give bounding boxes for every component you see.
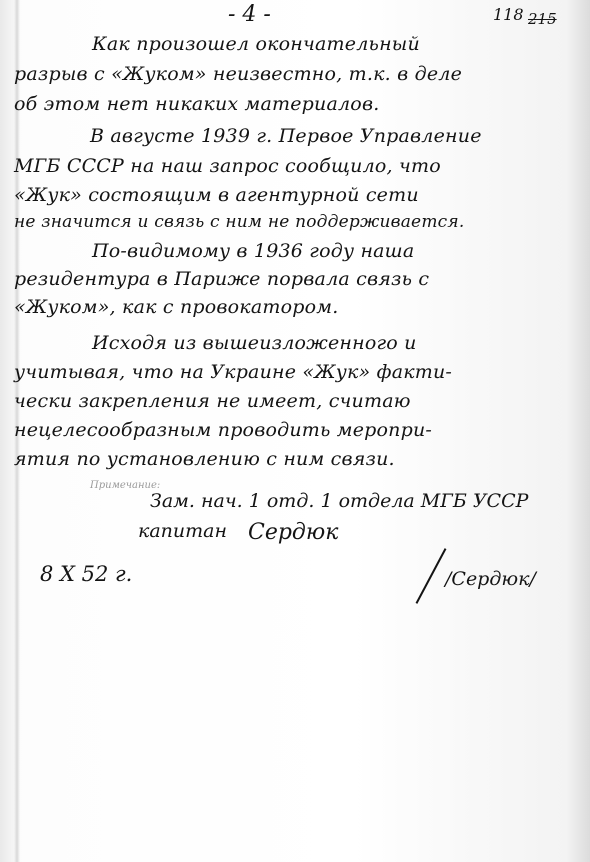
text-line: МГБ СССР на наш запрос сообщило, что	[14, 155, 441, 177]
text-line: ятия по установлению с ним связи.	[14, 448, 395, 470]
text-line: разрыв с «Жуком» неизвестно, т.к. в деле	[14, 63, 462, 85]
text-line: «Жуком», как с провокатором.	[14, 296, 338, 318]
folio-number-crossed-out: 215	[528, 10, 557, 28]
signatory-name: /Сердюк/	[445, 568, 536, 590]
folio-number: 118	[493, 5, 524, 24]
text-line: об этом нет никаких материалов.	[14, 93, 379, 115]
signatory-position: Зам. нач. 1 отд. 1 отдела МГБ УССР	[150, 490, 528, 512]
text-line: Исходя из вышеизложенного и	[92, 332, 417, 354]
document-date: 8 X 52 г.	[40, 562, 132, 586]
signature-stroke	[416, 548, 447, 604]
scanned-page: - 4 - 118 215 Как произошел окончательны…	[0, 0, 590, 862]
text-line: учитывая, что на Украине «Жук» факти-	[14, 361, 452, 383]
text-line: Как произошел окончательный	[92, 33, 420, 55]
text-line: «Жук» состоящим в агентурной сети	[14, 184, 419, 206]
signatory-rank: капитан	[138, 520, 227, 542]
text-line: По-видимому в 1936 году наша	[92, 240, 414, 262]
handwritten-signature: Сердюк	[248, 520, 338, 545]
text-line: чески закрепления не имеет, считаю	[14, 390, 411, 412]
text-line: не значится и связь с ним не поддерживае…	[14, 212, 464, 232]
text-line: нецелесообразным проводить меропри-	[14, 419, 432, 441]
page-number: - 4 -	[228, 2, 271, 27]
text-line: В августе 1939 г. Первое Управление	[90, 125, 482, 147]
text-line: резидентура в Париже порвала связь с	[14, 268, 429, 290]
